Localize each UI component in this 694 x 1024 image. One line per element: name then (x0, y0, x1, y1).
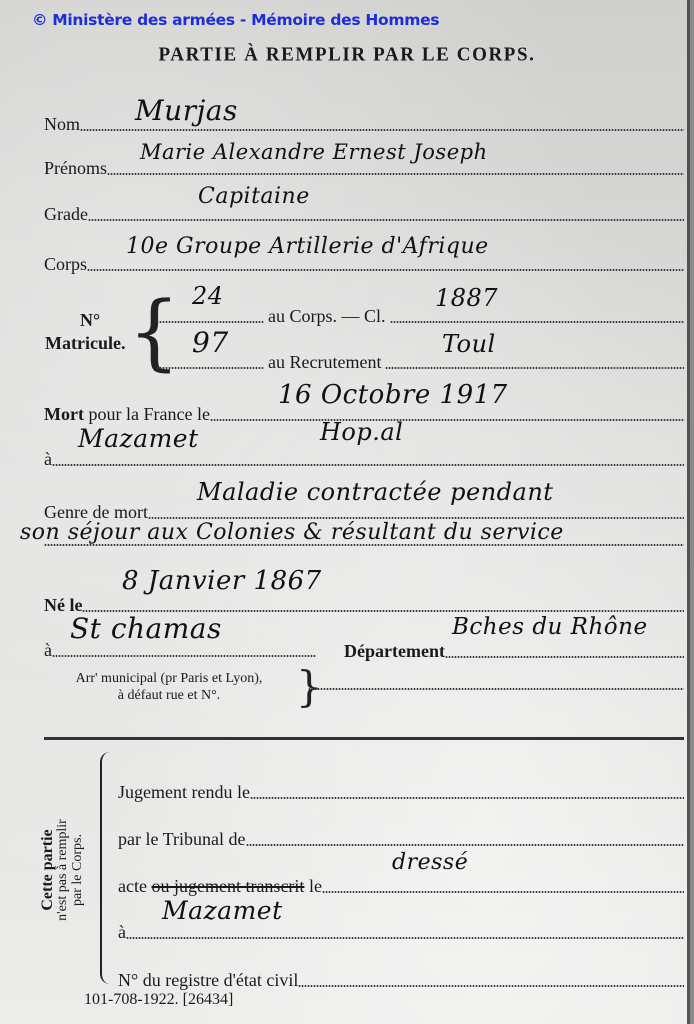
matricule-no-label: N° (80, 310, 100, 330)
field-jugement: Jugement rendu le (118, 782, 684, 802)
corps-dotted-line (87, 269, 684, 271)
copyright-watermark: © Ministère des armées - Mémoire des Hom… (32, 11, 439, 29)
acte-a-label: à (118, 922, 126, 942)
arrondissement-label-line2: à défaut rue et N°. (44, 687, 294, 704)
nom-label: Nom (44, 114, 80, 134)
ne-a-label: à (44, 640, 52, 660)
acte-label: acte ou jugement transcrit le (118, 876, 322, 896)
grade-value: Capitaine (198, 184, 310, 209)
prenoms-dotted-line (107, 173, 684, 175)
au-corps-number: 24 (192, 282, 224, 310)
mort-a-dotted-line (52, 464, 684, 466)
genre-de-mort-dotted-line (148, 517, 684, 519)
acte-label-prefix: acte (118, 876, 147, 896)
arrondissement-label: Arr' municipal (pr Paris et Lyon), à déf… (44, 670, 294, 704)
form-title: PARTIE À REMPLIR PAR LE CORPS. (0, 43, 694, 66)
genre-de-mort-value-line1: Maladie contractée pendant (197, 478, 553, 506)
ne-a-dotted-line (52, 655, 316, 657)
departement-dotted-line (445, 656, 684, 658)
nom-dotted-line (80, 129, 684, 131)
field-grade: Grade (44, 204, 684, 224)
registre-label: N° du registre d'état civil (118, 970, 298, 990)
genre-de-mort-label: Genre de mort (44, 502, 148, 522)
classe-value: 1887 (435, 284, 498, 312)
field-acte-a: à (118, 922, 684, 942)
au-corps-number-dots (156, 321, 264, 323)
field-tribunal: par le Tribunal de (118, 829, 684, 849)
grade-dotted-line (88, 219, 684, 221)
recrutement-label: au Recrutement (268, 352, 381, 372)
jugement-dotted-line (250, 797, 684, 799)
acte-dotted-line (322, 891, 684, 893)
mort-a-note: Hop.al (320, 418, 403, 446)
arrondissement-label-line1: Arr' municipal (pr Paris et Lyon), (44, 670, 294, 687)
recrutement-number-dots (156, 367, 264, 369)
prenoms-label: Prénoms (44, 158, 107, 178)
side-note: Cette partie n'est pas à remplir par le … (40, 770, 85, 970)
recrutement-number: 97 (192, 326, 229, 359)
tribunal-label: par le Tribunal de (118, 829, 246, 849)
mort-le-dotted-line (210, 419, 684, 421)
tribunal-dotted-line (246, 844, 685, 846)
form-reference: 101-708-1922. [26434] (84, 991, 233, 1009)
acte-a-value: Mazamet (162, 896, 283, 925)
ne-a-value: St chamas (70, 612, 222, 645)
mort-a-value: Mazamet (78, 424, 199, 453)
ne-le-value: 8 Janvier 1867 (122, 566, 322, 596)
page-edge-border (687, 0, 690, 1024)
field-arrondissement (308, 688, 684, 693)
page-edge-shadow (690, 0, 694, 1024)
side-note-line3: par le Corps. (70, 770, 85, 970)
mort-label-rest: pour la France le (88, 404, 209, 424)
acte-label-suffix: le (309, 876, 322, 896)
recrutement-value: Toul (442, 330, 496, 358)
registre-dotted-line (298, 985, 684, 987)
recrutement-dotted-line (385, 367, 684, 369)
side-note-line1: Cette partie (40, 770, 55, 970)
mort-le-value: 16 Octobre 1917 (278, 380, 508, 410)
acte-value: dressé (392, 850, 468, 875)
acte-label-struck: ou jugement transcrit (151, 876, 304, 896)
mort-a-label: à (44, 449, 52, 469)
arrondissement-dotted-line (308, 688, 684, 690)
mort-label: Mort pour la France le (44, 404, 210, 424)
departement-value: Bches du Rhône (452, 614, 648, 640)
nom-value: Murjas (135, 94, 238, 127)
corps-label: Corps (44, 254, 87, 274)
matricule-label: Matricule. (45, 333, 125, 353)
departement-label: Département (344, 641, 445, 661)
au-corps-label: au Corps. — Cl. (268, 306, 386, 326)
lower-section-brace (100, 752, 112, 984)
side-note-line2: n'est pas à remplir (55, 770, 70, 970)
field-registre: N° du registre d'état civil (118, 970, 684, 990)
mort-label-bold: Mort (44, 404, 84, 424)
field-au-corps: au Corps. — Cl. (156, 306, 684, 326)
grade-label: Grade (44, 204, 88, 224)
arrondissement-brace: } (296, 666, 323, 708)
jugement-label: Jugement rendu le (118, 782, 250, 802)
genre-de-mort-value-line2: son séjour aux Colonies & résultant du s… (20, 520, 564, 545)
classe-dotted-line (390, 321, 684, 323)
corps-value: 10e Groupe Artillerie d'Afrique (126, 234, 489, 259)
prenoms-value: Marie Alexandre Ernest Joseph (140, 140, 488, 164)
section-divider (44, 737, 684, 740)
acte-a-dotted-line (126, 937, 684, 939)
field-departement: Département (344, 641, 684, 661)
field-acte: acte ou jugement transcrit le (118, 876, 684, 896)
field-recrutement: au Recrutement (156, 352, 684, 372)
